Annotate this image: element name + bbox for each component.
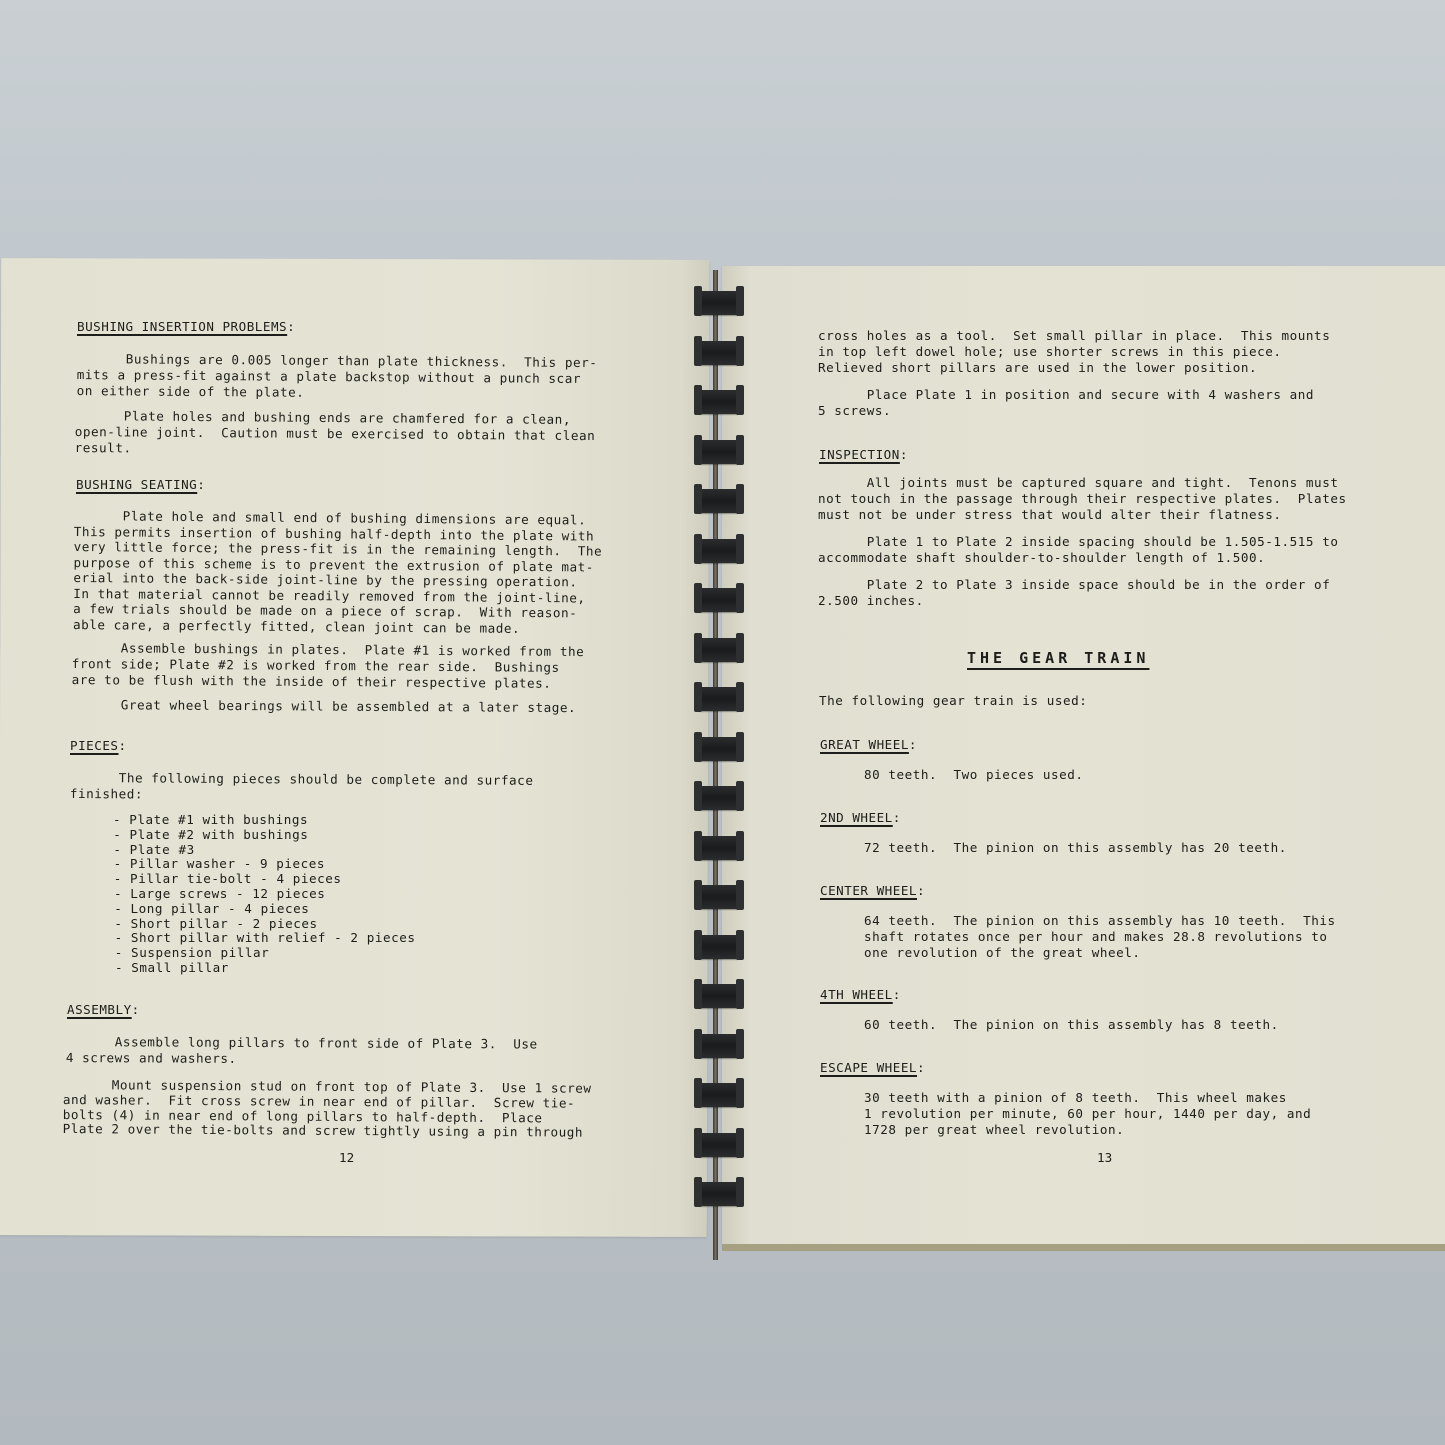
binding-ring xyxy=(696,1034,742,1058)
paragraph: Mount suspension stud on front top of Pl… xyxy=(63,1078,592,1141)
paragraph: The following gear train is used: xyxy=(819,693,1087,709)
list-item: - Plate #1 with bushings xyxy=(113,812,308,828)
list-item: - Pillar washer - 9 pieces xyxy=(114,856,325,872)
binding-ring xyxy=(696,638,742,662)
wheel-heading: CENTER WHEEL: xyxy=(820,883,925,898)
binding-ring xyxy=(696,786,742,810)
wheel-description: 64 teeth. The pinion on this assembly ha… xyxy=(864,913,1336,961)
paragraph: Place Plate 1 in position and secure wit… xyxy=(818,387,1314,419)
binding-ring xyxy=(696,341,742,365)
paragraph: Plate hole and small end of bushing dime… xyxy=(73,508,603,637)
binding-ring xyxy=(696,1182,742,1206)
binding-ring xyxy=(696,440,742,464)
list-item: - Long pillar - 4 pieces xyxy=(114,901,309,917)
list-item: - Plate #2 with bushings xyxy=(113,827,308,843)
wheel-heading: 2ND WHEEL: xyxy=(820,810,901,825)
paragraph: Plate holes and bushing ends are chamfer… xyxy=(75,408,596,460)
wheel-heading: 4TH WHEEL: xyxy=(820,987,901,1002)
binding-ring xyxy=(696,588,742,612)
wheel-description: 30 teeth with a pinion of 8 teeth. This … xyxy=(864,1090,1311,1138)
section-title-gear-train: THE GEAR TRAIN xyxy=(967,649,1149,667)
binding-ring xyxy=(696,1133,742,1157)
paragraph: Assemble bushings in plates. Plate #1 is… xyxy=(72,640,585,692)
binding-ring xyxy=(696,885,742,909)
list-item: - Suspension pillar xyxy=(115,945,270,961)
list-item: - Short pillar - 2 pieces xyxy=(114,916,317,932)
binding-ring xyxy=(696,291,742,315)
binding-spine xyxy=(713,270,718,1260)
section-heading-bushing-seating: BUSHING SEATING: xyxy=(76,477,205,492)
list-item: - Pillar tie-bolt - 4 pieces xyxy=(114,871,342,887)
binding-ring xyxy=(696,390,742,414)
wheel-heading: GREAT WHEEL: xyxy=(820,737,917,752)
section-heading-pieces: PIECES: xyxy=(70,738,127,753)
paragraph: Great wheel bearings will be assembled a… xyxy=(72,697,576,716)
wheel-description: 60 teeth. The pinion on this assembly ha… xyxy=(864,1017,1279,1033)
paragraph: Bushings are 0.005 longer than plate thi… xyxy=(77,351,598,403)
binding-ring xyxy=(696,935,742,959)
paragraph: cross holes as a tool. Set small pillar … xyxy=(818,328,1330,376)
page-number: 12 xyxy=(339,1150,354,1165)
page-number: 13 xyxy=(1097,1150,1112,1165)
paragraph: Assemble long pillars to front side of P… xyxy=(66,1034,538,1068)
wheel-description: 72 teeth. The pinion on this assembly ha… xyxy=(864,840,1287,856)
wheel-description: 80 teeth. Two pieces used. xyxy=(864,767,1084,783)
binding-ring xyxy=(696,687,742,711)
binding-ring xyxy=(696,737,742,761)
section-heading-inspection: INSPECTION: xyxy=(819,447,908,462)
paragraph: All joints must be captured square and t… xyxy=(818,475,1347,523)
section-heading-bushing-insertion: BUSHING INSERTION PROBLEMS: xyxy=(77,319,295,334)
binding-ring xyxy=(696,489,742,513)
paragraph: Plate 1 to Plate 2 inside spacing should… xyxy=(818,534,1338,566)
paragraph: Plate 2 to Plate 3 inside space should b… xyxy=(818,577,1330,609)
list-item: - Small pillar xyxy=(115,960,229,976)
list-item: - Short pillar with relief - 2 pieces xyxy=(115,930,416,946)
wheel-heading: ESCAPE WHEEL: xyxy=(820,1060,925,1075)
binding-ring xyxy=(696,984,742,1008)
list-item: - Large screws - 12 pieces xyxy=(114,886,325,902)
binding-ring xyxy=(696,1083,742,1107)
paragraph: The following pieces should be complete … xyxy=(70,770,534,805)
binding-ring xyxy=(696,539,742,563)
list-item: - Plate #3 xyxy=(113,842,194,858)
binding-ring xyxy=(696,836,742,860)
section-heading-assembly: ASSEMBLY: xyxy=(67,1002,140,1017)
